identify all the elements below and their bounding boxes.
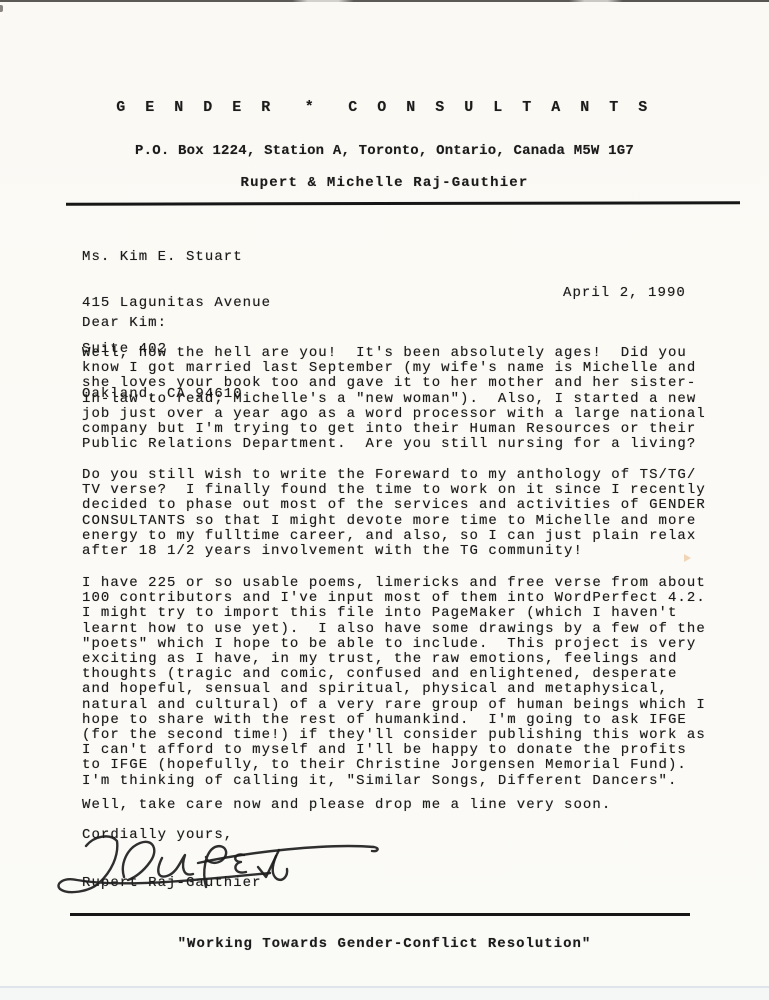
- recipient-name: Ms. Kim E. Stuart: [82, 250, 271, 265]
- letterhead-title: G E N D E R * C O N S U L T A N T S: [0, 99, 769, 116]
- paragraph-1: Well, how the hell are you! It's been ab…: [82, 346, 706, 452]
- letter-date: April 2, 1990: [563, 286, 686, 301]
- page-edge-shadow: [0, 986, 769, 1000]
- footer-divider-rule: [70, 913, 690, 916]
- signature-scrawl: [48, 830, 388, 902]
- signature-stroke-u: [158, 855, 193, 877]
- salutation: Dear Kim:: [82, 316, 167, 331]
- paragraph-3: I have 225 or so usable poems, limericks…: [82, 576, 706, 789]
- signature-stroke-p: [204, 846, 226, 887]
- signature-stroke-loop: [123, 842, 154, 880]
- scan-artifact-mark: [684, 554, 691, 562]
- letter-page: G E N D E R * C O N S U L T A N T S P.O.…: [0, 0, 769, 1000]
- footer-slogan: "Working Towards Gender-Conflict Resolut…: [0, 936, 769, 952]
- signature-stroke-t-stem: [273, 856, 287, 880]
- letterhead-divider-rule: [66, 201, 740, 205]
- scan-edge-artifact-top: [0, 0, 769, 2]
- letterhead-names: Rupert & Michelle Raj-Gauthier: [0, 175, 769, 191]
- letterhead-address: P.O. Box 1224, Station A, Toronto, Ontar…: [0, 143, 769, 159]
- signature-stroke-e: [235, 854, 246, 872]
- scan-edge-artifact-left: [0, 5, 3, 12]
- recipient-street: 415 Lagunitas Avenue: [82, 296, 271, 311]
- paragraph-4: Well, take care now and please drop me a…: [82, 798, 611, 813]
- paragraph-2: Do you still wish to write the Foreward …: [82, 468, 706, 559]
